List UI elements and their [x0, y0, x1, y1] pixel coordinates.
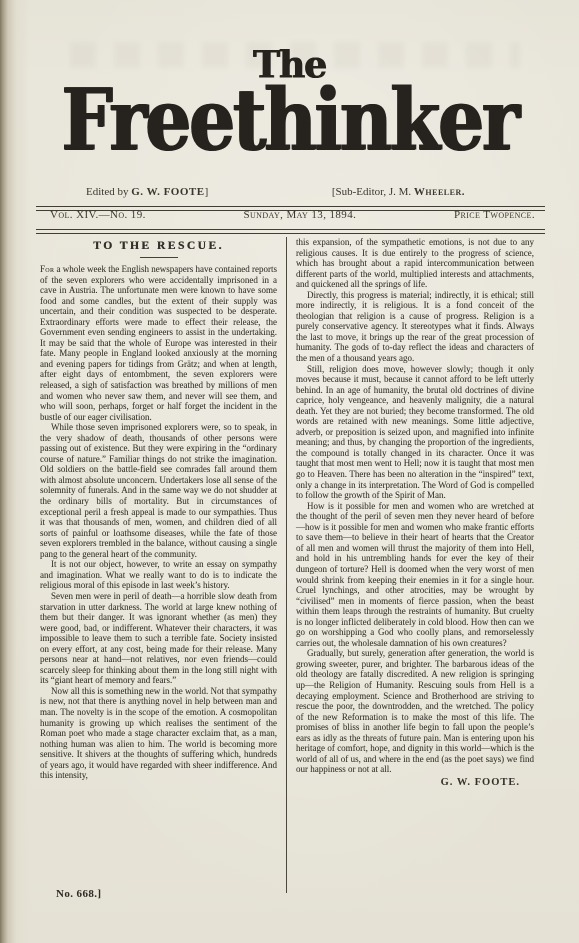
paragraph: Seven men were in peril of death—a horri… — [40, 591, 277, 686]
editor-left: Edited by G. W. FOOTE] — [40, 186, 208, 198]
issue-price: Price Twopence. — [454, 209, 541, 221]
editor-left-bracket: ] — [205, 186, 209, 198]
paragraph: Still, religion does move, however slowl… — [296, 364, 534, 501]
editor-left-prefix: Edited by — [86, 186, 131, 198]
issue-info-line: Vol. XIV.—No. 19. Sunday, May 13, 1894. … — [40, 209, 541, 221]
masthead: The Freethinker — [0, 48, 579, 162]
title-divider — [140, 257, 178, 258]
header-rule-bottom — [36, 229, 545, 234]
article-title: TO THE RESCUE. — [40, 240, 277, 252]
article-columns: TO THE RESCUE. For a whole week the Engl… — [40, 237, 534, 893]
paragraph-text: a whole week the English newspapers have… — [40, 264, 277, 422]
masthead-title: Freethinker — [0, 70, 579, 169]
editor-right: [Sub-Editor, J. M. Wheeler. — [332, 186, 539, 198]
right-column: this expansion, of the sympathetic emoti… — [287, 237, 534, 893]
issue-number-footer: No. 668.] — [56, 888, 101, 900]
paragraph: How is it possible for men and women who… — [296, 501, 534, 649]
editor-line: Edited by G. W. FOOTE] [Sub-Editor, J. M… — [40, 186, 539, 198]
paragraph: this expansion, of the sympathetic emoti… — [296, 237, 534, 290]
author-signature: G. W. FOOTE. — [296, 777, 534, 788]
left-column: TO THE RESCUE. For a whole week the Engl… — [40, 237, 287, 893]
editor-right-name: Wheeler. — [414, 186, 465, 198]
paragraph: While those seven imprisoned explorers w… — [40, 422, 277, 559]
newspaper-page: The Freethinker Edited by G. W. FOOTE] [… — [0, 0, 579, 943]
paragraph: Directly, this progress is material; ind… — [296, 290, 534, 364]
paragraph: Now all this is something new in the wor… — [40, 686, 277, 781]
paragraph: It is not our object, however, to write … — [40, 559, 277, 591]
issue-date: Sunday, May 13, 1894. — [243, 209, 356, 221]
paragraph: Gradually, but surely, generation after … — [296, 648, 534, 775]
lead-word: For — [40, 264, 54, 274]
editor-right-prefix: [Sub-Editor, J. M. — [332, 186, 414, 198]
paragraph: For a whole week the English newspapers … — [40, 264, 277, 422]
volume-number: Vol. XIV.—No. 19. — [40, 209, 146, 221]
editor-left-name: G. W. FOOTE — [131, 186, 204, 198]
